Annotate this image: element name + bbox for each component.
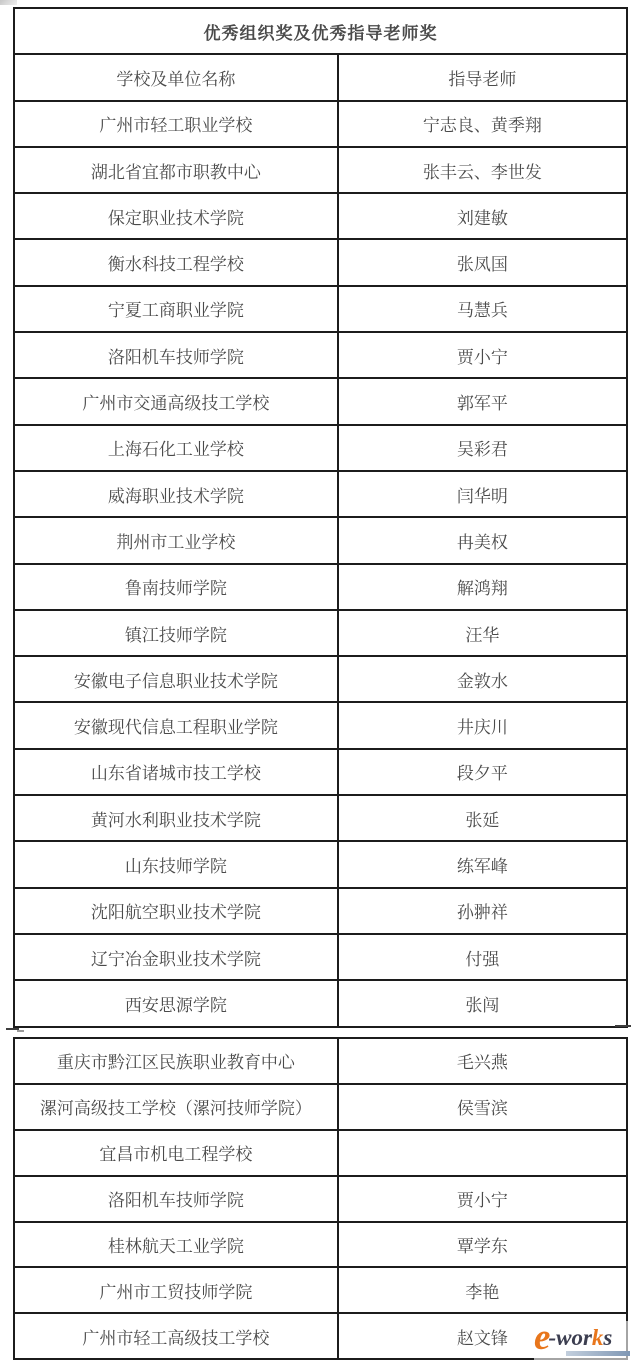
table-row: 保定职业技术学院刘建敏 <box>14 193 627 239</box>
teacher-cell: 闫华明 <box>338 471 627 517</box>
table-row: 沈阳航空职业技术学院孙翀祥 <box>14 888 627 934</box>
table-row: 广州市轻工职业学校宁志良、黄季翔 <box>14 101 627 147</box>
teacher-cell <box>338 1130 627 1176</box>
school-cell: 宜昌市机电工程学校 <box>14 1130 338 1176</box>
table-row: 洛阳机车技师学院贾小宁 <box>14 1176 627 1222</box>
eworks-logo-e: e <box>534 1317 548 1358</box>
table-row: 湖北省宜都市职教中心张丰云、李世发 <box>14 147 627 193</box>
school-cell: 洛阳机车技师学院 <box>14 1176 338 1222</box>
school-cell: 辽宁冶金职业技术学院 <box>14 934 338 980</box>
table-row: 威海职业技术学院闫华明 <box>14 471 627 517</box>
school-cell: 山东技师学院 <box>14 841 338 887</box>
table-row: 宁夏工商职业学院马慧兵 <box>14 286 627 332</box>
school-cell: 山东省诸城市技工学校 <box>14 749 338 795</box>
column-header-teacher: 指导老师 <box>338 54 627 100</box>
teacher-cell: 孙翀祥 <box>338 888 627 934</box>
table-row: 安徽现代信息工程职业学院井庆川 <box>14 702 627 748</box>
eworks-logo-text: s <box>603 1325 612 1350</box>
table-title: 优秀组织奖及优秀指导老师奖 <box>14 8 627 54</box>
table-row: 镇江技师学院汪华 <box>14 610 627 656</box>
table-row: 广州市交通高级技工学校郭军平 <box>14 378 627 424</box>
table-row: 鲁南技师学院解鸿翔 <box>14 564 627 610</box>
table-row: 山东技师学院练军峰 <box>14 841 627 887</box>
school-cell: 广州市交通高级技工学校 <box>14 378 338 424</box>
table-row: 洛阳机车技师学院贾小宁 <box>14 332 627 378</box>
school-cell: 沈阳航空职业技术学院 <box>14 888 338 934</box>
teacher-cell: 侯雪滨 <box>338 1084 627 1130</box>
award-table-part2: 重庆市黔江区民族职业教育中心毛兴燕漯河高级技工学校（漯河技师学院）侯雪滨宜昌市机… <box>13 1037 628 1360</box>
stitch-seam-artifact <box>615 1025 631 1027</box>
teacher-cell: 宁志良、黄季翔 <box>338 101 627 147</box>
teacher-cell: 覃学东 <box>338 1222 627 1268</box>
eworks-logo: e-works <box>534 1321 632 1363</box>
school-cell: 衡水科技工程学校 <box>14 239 338 285</box>
table-row: 安徽电子信息职业技术学院金敦水 <box>14 656 627 702</box>
teacher-cell: 郭军平 <box>338 378 627 424</box>
school-cell: 威海职业技术学院 <box>14 471 338 517</box>
teacher-cell: 毛兴燕 <box>338 1038 627 1084</box>
eworks-logo-k: k <box>592 1325 604 1350</box>
table-body-part1: 广州市轻工职业学校宁志良、黄季翔湖北省宜都市职教中心张丰云、李世发保定职业技术学… <box>14 101 627 1027</box>
school-cell: 洛阳机车技师学院 <box>14 332 338 378</box>
teacher-cell: 贾小宁 <box>338 332 627 378</box>
table-header-row: 学校及单位名称 指导老师 <box>14 54 627 100</box>
teacher-cell: 冉美权 <box>338 517 627 563</box>
table-row: 衡水科技工程学校张凤国 <box>14 239 627 285</box>
table-row: 广州市工贸技师学院李艳 <box>14 1267 627 1313</box>
school-cell: 西安思源学院 <box>14 980 338 1026</box>
teacher-cell: 段夕平 <box>338 749 627 795</box>
table-row: 漯河高级技工学校（漯河技师学院）侯雪滨 <box>14 1084 627 1130</box>
teacher-cell: 解鸿翔 <box>338 564 627 610</box>
column-header-school: 学校及单位名称 <box>14 54 338 100</box>
table-title-row: 优秀组织奖及优秀指导老师奖 <box>14 8 627 54</box>
school-cell: 上海石化工业学校 <box>14 425 338 471</box>
school-cell: 湖北省宜都市职教中心 <box>14 147 338 193</box>
school-cell: 广州市工贸技师学院 <box>14 1267 338 1313</box>
school-cell: 保定职业技术学院 <box>14 193 338 239</box>
table-row: 黄河水利职业技术学院张延 <box>14 795 627 841</box>
school-cell: 桂林航天工业学院 <box>14 1222 338 1268</box>
school-cell: 黄河水利职业技术学院 <box>14 795 338 841</box>
school-cell: 荆州市工业学校 <box>14 517 338 563</box>
teacher-cell: 金敦水 <box>338 656 627 702</box>
school-cell: 广州市轻工高级技工学校 <box>14 1313 338 1359</box>
teacher-cell: 汪华 <box>338 610 627 656</box>
table-row: 西安思源学院张闯 <box>14 980 627 1026</box>
table-body-part2: 重庆市黔江区民族职业教育中心毛兴燕漯河高级技工学校（漯河技师学院）侯雪滨宜昌市机… <box>14 1038 627 1359</box>
school-cell: 鲁南技师学院 <box>14 564 338 610</box>
school-cell: 重庆市黔江区民族职业教育中心 <box>14 1038 338 1084</box>
teacher-cell: 贾小宁 <box>338 1176 627 1222</box>
teacher-cell: 马慧兵 <box>338 286 627 332</box>
school-cell: 漯河高级技工学校（漯河技师学院） <box>14 1084 338 1130</box>
eworks-logo-text: -wor <box>548 1325 591 1350</box>
table-row: 桂林航天工业学院覃学东 <box>14 1222 627 1268</box>
table-row: 重庆市黔江区民族职业教育中心毛兴燕 <box>14 1038 627 1084</box>
teacher-cell: 练军峰 <box>338 841 627 887</box>
school-cell: 广州市轻工职业学校 <box>14 101 338 147</box>
table-row: 荆州市工业学校冉美权 <box>14 517 627 563</box>
teacher-cell: 张延 <box>338 795 627 841</box>
school-cell: 安徽现代信息工程职业学院 <box>14 702 338 748</box>
school-cell: 安徽电子信息职业技术学院 <box>14 656 338 702</box>
school-cell: 宁夏工商职业学院 <box>14 286 338 332</box>
table-row: 山东省诸城市技工学校段夕平 <box>14 749 627 795</box>
teacher-cell: 井庆川 <box>338 702 627 748</box>
award-table-part1: 优秀组织奖及优秀指导老师奖 学校及单位名称 指导老师 广州市轻工职业学校宁志良、… <box>13 7 628 1028</box>
teacher-cell: 刘建敏 <box>338 193 627 239</box>
teacher-cell: 张闯 <box>338 980 627 1026</box>
scan-corner-artifact <box>0 0 17 5</box>
stitch-seam-artifact <box>17 1030 24 1032</box>
table-row: 上海石化工业学校吴彩君 <box>14 425 627 471</box>
teacher-cell: 付强 <box>338 934 627 980</box>
table-row: 宜昌市机电工程学校 <box>14 1130 627 1176</box>
school-cell: 镇江技师学院 <box>14 610 338 656</box>
teacher-cell: 吴彩君 <box>338 425 627 471</box>
eworks-logo-underline <box>566 1351 630 1356</box>
table-row: 辽宁冶金职业技术学院付强 <box>14 934 627 980</box>
teacher-cell: 张丰云、李世发 <box>338 147 627 193</box>
teacher-cell: 张凤国 <box>338 239 627 285</box>
teacher-cell: 李艳 <box>338 1267 627 1313</box>
